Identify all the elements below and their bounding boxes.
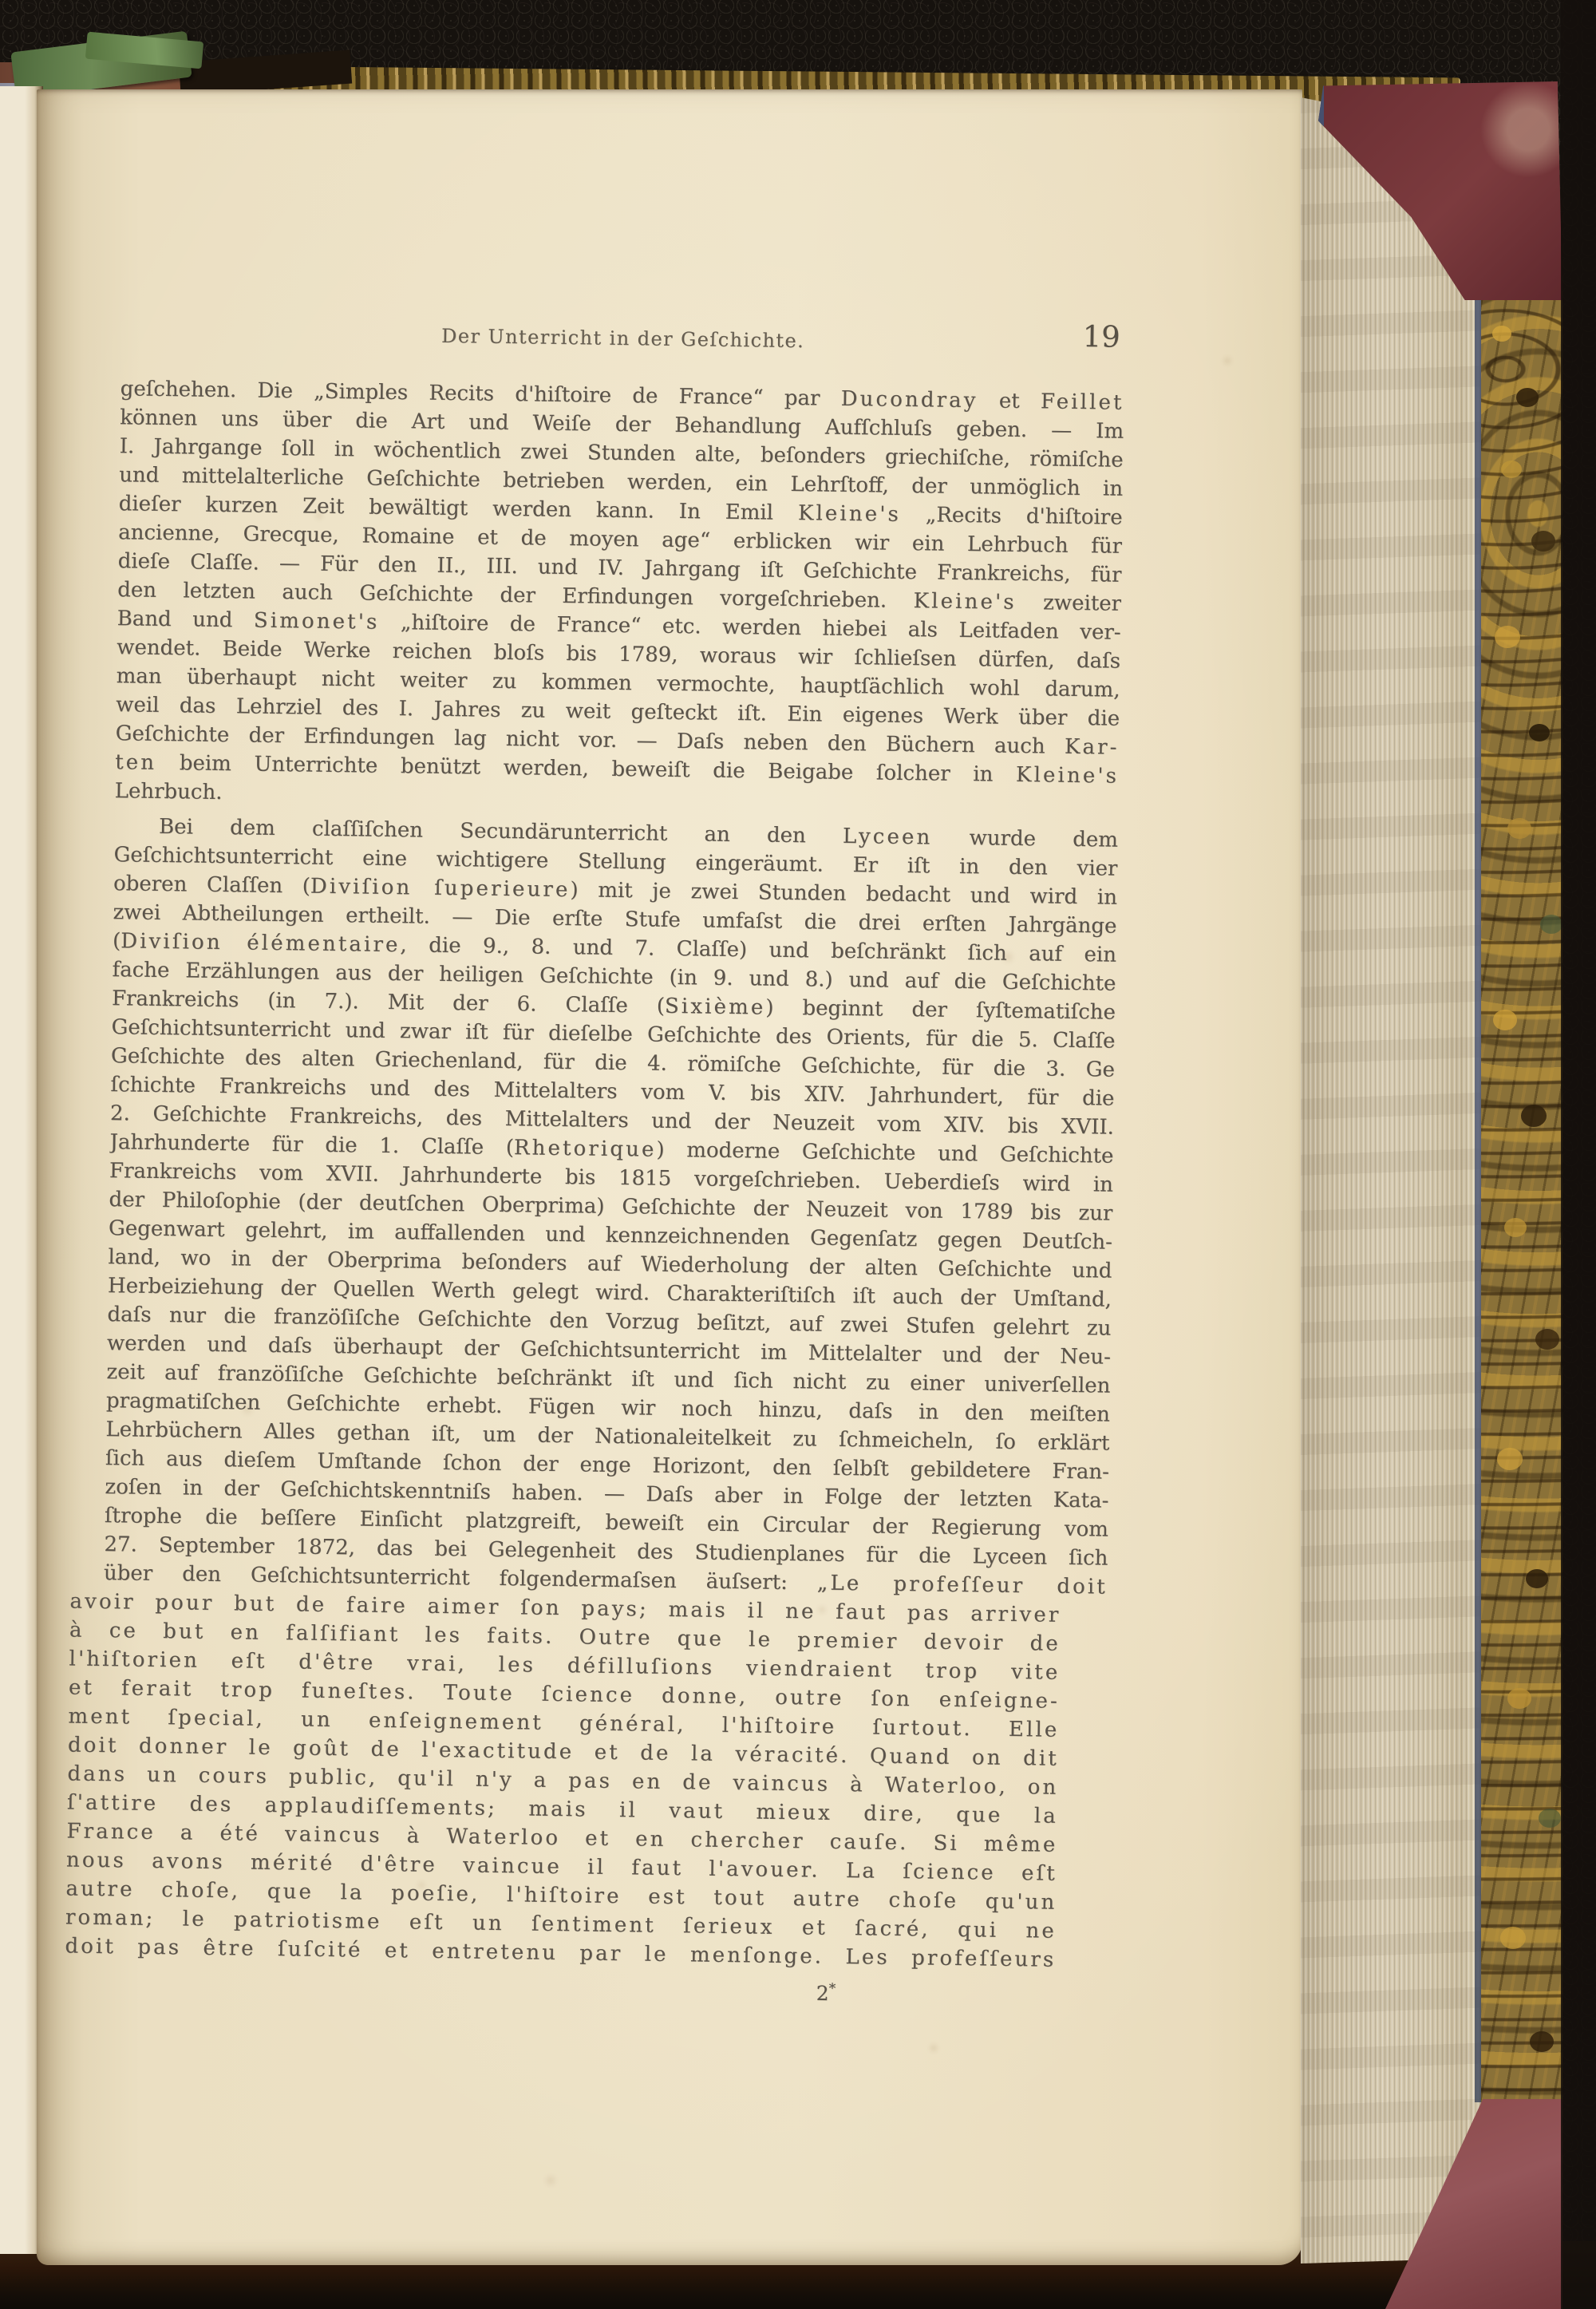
page-header: Der Unterricht in der Geſchichte. 19 xyxy=(121,312,1125,358)
book-page: Der Unterricht in der Geſchichte. 19 geſ… xyxy=(37,89,1302,2265)
signature-star: * xyxy=(829,1981,836,1997)
book-scan-photo: Der Unterricht in der Geſchichte. 19 geſ… xyxy=(0,0,1596,2309)
background-right-edge xyxy=(1561,0,1596,2309)
running-title: Der Unterricht in der Geſchichte. xyxy=(441,322,804,355)
body-lines: geſchehen. Die „Simples Recits d'hiſtoir… xyxy=(98,374,1124,1975)
page-number: 19 xyxy=(1082,322,1120,352)
fore-edge-pages xyxy=(1301,93,1484,2265)
foxing-spots xyxy=(37,89,40,93)
marbled-board-edge xyxy=(1481,297,1562,2102)
text-block: Der Unterricht in der Geſchichte. 19 geſ… xyxy=(98,312,1125,2012)
